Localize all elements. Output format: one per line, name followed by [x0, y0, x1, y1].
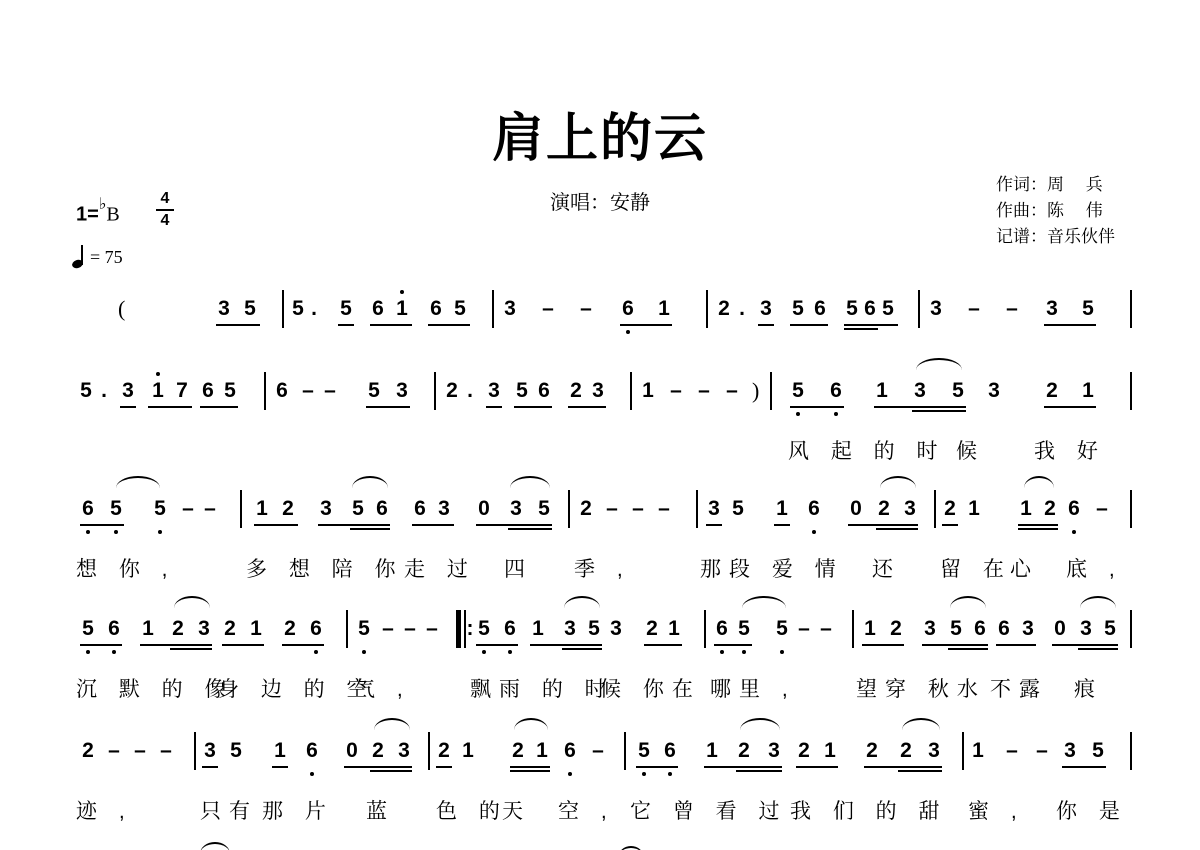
note: 1 — [874, 378, 890, 404]
note: 1 — [394, 296, 410, 322]
note: 1 — [966, 496, 982, 522]
note: 3 — [1020, 616, 1036, 642]
time-numerator: 4 — [156, 190, 174, 208]
note: 5 — [880, 296, 896, 322]
dash: – — [796, 616, 812, 642]
note: 6 — [972, 616, 988, 642]
note: 5 — [242, 296, 258, 322]
lyric: 哪里 , — [710, 676, 796, 704]
note: 5 — [948, 616, 964, 642]
lyric: 蜜 , — [968, 798, 1025, 826]
note: 5 — [536, 496, 552, 522]
note: 6 — [308, 616, 324, 642]
note: 6 — [562, 738, 578, 764]
note: 1 — [656, 296, 672, 322]
note: 6 — [862, 296, 878, 322]
note: 3 — [1062, 738, 1078, 764]
dash: – — [966, 296, 982, 322]
note: 2 — [280, 496, 296, 522]
barline — [428, 732, 430, 770]
note: 5 — [586, 616, 602, 642]
lyric: 你 是 — [1056, 798, 1128, 826]
composer-credit: 作曲：陈 伟 — [996, 198, 1115, 224]
note: 2 — [578, 496, 594, 522]
lyric: 那 片 — [262, 798, 334, 826]
note: 6 — [274, 378, 290, 404]
note: 5 — [152, 496, 168, 522]
note: 6 — [200, 378, 216, 404]
note: 3 — [486, 378, 502, 404]
note: 2 — [170, 616, 186, 642]
lyrics-line: 迹 , 只有 那 片 蓝 色 的 天 空 , 它 曾 看 过 我 们 的 甜 蜜… — [0, 798, 1200, 828]
dash: – — [158, 738, 174, 764]
note: 5 — [844, 296, 860, 322]
lyricist-credit: 作词：周 兵 — [996, 172, 1115, 198]
note: 3 — [706, 496, 722, 522]
note: 2 — [716, 296, 732, 322]
barline — [492, 290, 494, 328]
lyric: 想 你 , — [76, 556, 176, 584]
note: 5 — [108, 496, 124, 522]
note: 5 — [1080, 296, 1096, 322]
open-paren: ( — [118, 296, 125, 322]
note: 3 — [202, 738, 218, 764]
dot-extension: . — [462, 378, 478, 404]
note: 5 — [950, 378, 966, 404]
note: 6 — [374, 496, 390, 522]
tempo-marking: = 75 — [72, 244, 123, 268]
lyric: 只有 — [200, 798, 258, 826]
lyric: 身 边 的 空 — [218, 676, 376, 704]
note: 2 — [80, 738, 96, 764]
note: 6 — [106, 616, 122, 642]
time-signature: 4 4 — [156, 190, 174, 230]
note: 1 — [774, 496, 790, 522]
dash: – — [724, 378, 740, 404]
barline — [934, 490, 936, 528]
note: 6 — [714, 616, 730, 642]
dash: – — [132, 738, 148, 764]
note: 2 — [644, 616, 660, 642]
lyric: 天 — [502, 798, 531, 826]
note: 3 — [562, 616, 578, 642]
dot-extension: . — [306, 296, 322, 322]
barline — [282, 290, 284, 328]
dash: – — [656, 496, 672, 522]
note: 0 — [476, 496, 492, 522]
dash: – — [180, 496, 196, 522]
staff-row-2: 5 . 3 1 7 6 5 6 – – 5 3 2 . 3 5 6 2 3 1 … — [0, 372, 1200, 482]
note: 1 — [704, 738, 720, 764]
note: 3 — [758, 296, 774, 322]
note: 6 — [412, 496, 428, 522]
note: 3 — [502, 296, 518, 322]
repeat-start-barline — [456, 610, 461, 648]
dash: – — [322, 378, 338, 404]
note: 1 — [862, 616, 878, 642]
note: 6 — [428, 296, 444, 322]
quarter-note-icon — [72, 244, 86, 268]
note: 3 — [120, 378, 136, 404]
lyric: 迹 , — [76, 798, 133, 826]
note: 5 — [80, 616, 96, 642]
note: 1 — [460, 738, 476, 764]
dash: – — [202, 496, 218, 522]
note: 6 — [536, 378, 552, 404]
note: 2 — [864, 738, 880, 764]
note: 5 — [366, 378, 382, 404]
dash: – — [1034, 738, 1050, 764]
notation-line: 5 . 3 1 7 6 5 6 – – 5 3 2 . 3 5 6 2 3 1 … — [0, 372, 1200, 432]
note: 2 — [1044, 378, 1060, 404]
note: 5 — [290, 296, 306, 322]
barline — [962, 732, 964, 770]
dot-extension: . — [734, 296, 750, 322]
note: 3 — [1078, 616, 1094, 642]
barline — [630, 372, 632, 410]
barline — [624, 732, 626, 770]
note: 5 — [790, 378, 806, 404]
note: 5 — [636, 738, 652, 764]
note: 0 — [344, 738, 360, 764]
dot-extension: . — [96, 378, 112, 404]
note: 2 — [510, 738, 526, 764]
lyric: 底 , — [1066, 556, 1123, 584]
note: 6 — [1066, 496, 1082, 522]
note: 7 — [174, 378, 190, 404]
lyric: 我 好 — [1034, 438, 1106, 466]
barline — [1130, 610, 1132, 648]
dash: – — [424, 616, 440, 642]
note: 2 — [370, 738, 386, 764]
tempo-value: = 75 — [90, 247, 123, 268]
note: 1 — [150, 378, 166, 404]
note: 2 — [1042, 496, 1058, 522]
lyric: 蓝 — [366, 798, 395, 826]
notation-line: 2 – – – 3 5 1 6 0 2 3 2 1 2 1 6 – 5 6 1 — [0, 732, 1200, 792]
note: 6 — [80, 496, 96, 522]
key-prefix: 1= — [76, 204, 99, 226]
lyric: 留 在 — [940, 556, 1012, 584]
note: 1 — [1080, 378, 1096, 404]
lyric: 走 过 — [404, 556, 476, 584]
barline — [1130, 290, 1132, 328]
credits-block: 作词：周 兵 作曲：陈 伟 记谱：音乐伙伴 — [996, 172, 1115, 250]
barline — [346, 610, 348, 648]
lyric: 它 曾 看 过 — [630, 798, 788, 826]
note: 5 — [730, 496, 746, 522]
barline — [568, 490, 570, 528]
dash: – — [380, 616, 396, 642]
note: 5 — [1102, 616, 1118, 642]
lyric: 多 想 陪 你 — [246, 556, 404, 584]
lyric: 不露 — [990, 676, 1048, 704]
lyrics-line: 风 起 的 时 候 我 好 — [0, 438, 1200, 468]
note: 3 — [912, 378, 928, 404]
note: 3 — [766, 738, 782, 764]
lyric: 我 们 的 甜 — [790, 798, 948, 826]
note: 6 — [828, 378, 844, 404]
dash: – — [578, 296, 594, 322]
lyric: 空 , — [558, 798, 615, 826]
note: 3 — [986, 378, 1002, 404]
barline — [706, 290, 708, 328]
note: 1 — [666, 616, 682, 642]
note: 3 — [508, 496, 524, 522]
staff-row-4: 5 6 1 2 3 2 1 2 6 5 – – – : 5 6 1 3 5 — [0, 610, 1200, 720]
note: 3 — [1044, 296, 1060, 322]
note: 2 — [282, 616, 298, 642]
note: 5 — [350, 496, 366, 522]
note: 2 — [436, 738, 452, 764]
note: 3 — [396, 738, 412, 764]
barline — [264, 372, 266, 410]
note: 3 — [928, 296, 944, 322]
note: 3 — [902, 496, 918, 522]
note: 3 — [436, 496, 452, 522]
note: 3 — [608, 616, 624, 642]
lyrics-line: 想 你 , 多 想 陪 你 走 过 四 季 , 那段 爱 情 还 留 在 心 底… — [0, 556, 1200, 586]
lyric: 望穿 秋水 — [856, 676, 986, 704]
dash: – — [590, 738, 606, 764]
dash: – — [696, 378, 712, 404]
time-denominator: 4 — [156, 212, 174, 230]
note: 1 — [822, 738, 838, 764]
notation-line: 6 5 5 – – 1 2 3 5 6 6 3 0 3 5 2 – – – 3 — [0, 490, 1200, 550]
lyric: 候 — [956, 438, 985, 466]
note: 5 — [78, 378, 94, 404]
slur — [200, 842, 230, 850]
lyric: 候 你在 — [600, 676, 701, 704]
lyric: 风 起 的 时 — [788, 438, 946, 466]
dash: – — [1004, 738, 1020, 764]
note: 3 — [394, 378, 410, 404]
barline — [194, 732, 196, 770]
note: 3 — [196, 616, 212, 642]
note: 5 — [476, 616, 492, 642]
lyric: 那段 爱 情 — [700, 556, 844, 584]
note: 1 — [970, 738, 986, 764]
dash: – — [668, 378, 684, 404]
dash: – — [818, 616, 834, 642]
note: 3 — [590, 378, 606, 404]
note: 1 — [272, 738, 288, 764]
barline — [1130, 732, 1132, 770]
barline — [1130, 372, 1132, 410]
transcriber-credit: 记谱：音乐伙伴 — [996, 224, 1115, 250]
note: 2 — [796, 738, 812, 764]
lyric: 飘雨 的 时 — [470, 676, 614, 704]
lyric: 季 , — [574, 556, 631, 584]
barline — [434, 372, 436, 410]
dash: – — [1094, 496, 1110, 522]
note: 6 — [812, 296, 828, 322]
notation-line: ( 3 5 5 . 5 6 1 6 5 3 – – 6 1 2 . 3 5 6 … — [0, 290, 1200, 350]
note: 5 — [222, 378, 238, 404]
lyric: 四 — [504, 556, 533, 584]
dash: – — [106, 738, 122, 764]
song-title: 肩上的云 — [0, 96, 1200, 171]
barline — [852, 610, 854, 648]
note: 1 — [530, 616, 546, 642]
note: 3 — [216, 296, 232, 322]
note: 2 — [568, 378, 584, 404]
note: 1 — [534, 738, 550, 764]
note: 0 — [848, 496, 864, 522]
note: 5 — [356, 616, 372, 642]
repeat-dots: : — [466, 616, 474, 642]
note: 6 — [620, 296, 636, 322]
note: 1 — [140, 616, 156, 642]
barline — [704, 610, 706, 648]
note: 6 — [502, 616, 518, 642]
dash: – — [630, 496, 646, 522]
note: 5 — [338, 296, 354, 322]
note: 2 — [444, 378, 460, 404]
lyric: 气 , — [354, 676, 411, 704]
note: 5 — [774, 616, 790, 642]
dash: – — [402, 616, 418, 642]
note: 3 — [922, 616, 938, 642]
note: 6 — [304, 738, 320, 764]
note: 6 — [662, 738, 678, 764]
note: 6 — [370, 296, 386, 322]
key-note: B — [106, 204, 119, 226]
note: 2 — [898, 738, 914, 764]
lyric: 色 的 — [436, 798, 508, 826]
note: 2 — [736, 738, 752, 764]
lyric: 心 — [1010, 556, 1039, 584]
note: 6 — [806, 496, 822, 522]
note: 5 — [1090, 738, 1106, 764]
note: 2 — [888, 616, 904, 642]
note: 5 — [736, 616, 752, 642]
note: 1 — [1018, 496, 1034, 522]
note: 3 — [926, 738, 942, 764]
note: 6 — [996, 616, 1012, 642]
close-paren: ) — [752, 378, 759, 404]
note: 3 — [318, 496, 334, 522]
note: 2 — [942, 496, 958, 522]
dash: – — [540, 296, 556, 322]
lyrics-line: 沉 默 的 像 身 边 的 空 气 , 飘雨 的 时 候 你在 哪里 , 望穿 … — [0, 676, 1200, 706]
notation-line: 5 6 1 2 3 2 1 2 6 5 – – – : 5 6 1 3 5 — [0, 610, 1200, 670]
barline — [1130, 490, 1132, 528]
lyric: 还 — [872, 556, 901, 584]
slur — [618, 846, 644, 850]
note: 5 — [452, 296, 468, 322]
barline — [240, 490, 242, 528]
staff-row-5: 2 – – – 3 5 1 6 0 2 3 2 1 2 1 6 – 5 6 1 — [0, 732, 1200, 842]
dash: – — [300, 378, 316, 404]
note: 5 — [790, 296, 806, 322]
note: 5 — [514, 378, 530, 404]
barline — [696, 490, 698, 528]
lyric: 沉 默 的 像 — [76, 676, 234, 704]
note: 1 — [640, 378, 656, 404]
note: 2 — [876, 496, 892, 522]
note: 1 — [254, 496, 270, 522]
flat-icon: ♭ — [99, 196, 107, 213]
note: 0 — [1052, 616, 1068, 642]
barline — [770, 372, 772, 410]
note: 1 — [248, 616, 264, 642]
barline — [918, 290, 920, 328]
key-signature: 1=♭B — [76, 198, 120, 227]
dash: – — [604, 496, 620, 522]
note: 2 — [222, 616, 238, 642]
staff-row-3: 6 5 5 – – 1 2 3 5 6 6 3 0 3 5 2 – – – 3 — [0, 490, 1200, 600]
lyric: 痕 — [1074, 676, 1103, 704]
dash: – — [1004, 296, 1020, 322]
note: 5 — [228, 738, 244, 764]
